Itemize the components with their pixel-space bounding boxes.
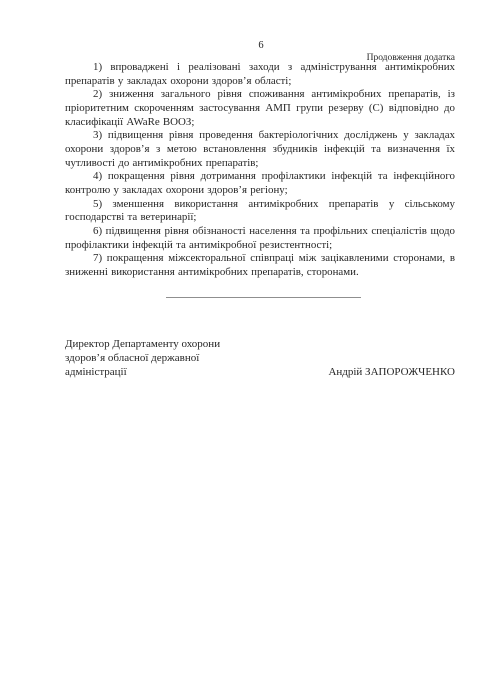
list-item-2: 2) зниження загального рівня споживання … [65, 88, 455, 129]
signature-position-line-3: адміністрації [65, 366, 265, 380]
signature-position-line-1: Директор Департаменту охорони [65, 338, 265, 352]
list-item-1: 1) впроваджені і реалізовані заходи з ад… [65, 61, 455, 88]
list-item-3: 3) підвищення рівня проведення бактеріол… [65, 129, 455, 170]
document-body: 1) впроваджені і реалізовані заходи з ад… [65, 61, 455, 280]
separator-line [166, 297, 361, 298]
list-item-7: 7) покращення міжсекторальної співпраці … [65, 252, 455, 279]
signature-name: Андрій ЗАПОРОЖЧЕНКО [328, 366, 455, 380]
signature-block: Директор Департаменту охорони здоров’я о… [65, 338, 455, 380]
signature-position-line-2: здоров’я обласної державної [65, 352, 265, 366]
list-item-6: 6) підвищення рівня обізнаності населенн… [65, 225, 455, 252]
signature-position-title: Директор Департаменту охорони здоров’я о… [65, 338, 265, 380]
document-page: 6 Продовження додатка 1) впроваджені і р… [0, 0, 480, 679]
list-item-4: 4) покращення рівня дотримання профілакт… [65, 170, 455, 197]
page-number: 6 [65, 40, 457, 52]
list-item-5: 5) зменшення використання антимікробних … [65, 198, 455, 225]
